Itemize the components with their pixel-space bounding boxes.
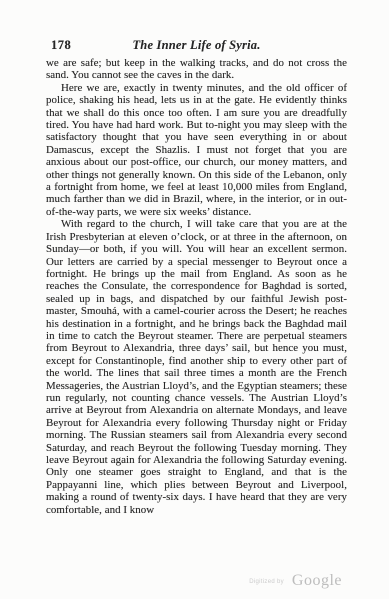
running-title: The Inner Life of Syria. [46, 38, 347, 53]
body-text: we are safe; but keep in the walking tra… [46, 57, 347, 516]
digitized-by-google-watermark: Digitized by Google [249, 572, 342, 590]
paragraph: Here we are, exactly in twenty minutes, … [46, 82, 347, 218]
page-number: 178 [51, 38, 71, 53]
page-header: 178 The Inner Life of Syria. [46, 38, 347, 54]
google-logo: Google [292, 572, 342, 589]
paragraph-continuation: we are safe; but keep in the walking tra… [46, 57, 347, 82]
watermark-prefix-label: Digitized by [249, 579, 284, 585]
paragraph: With regard to the church, I will take c… [46, 218, 347, 516]
book-page-scan: 178 The Inner Life of Syria. we are safe… [0, 0, 389, 599]
